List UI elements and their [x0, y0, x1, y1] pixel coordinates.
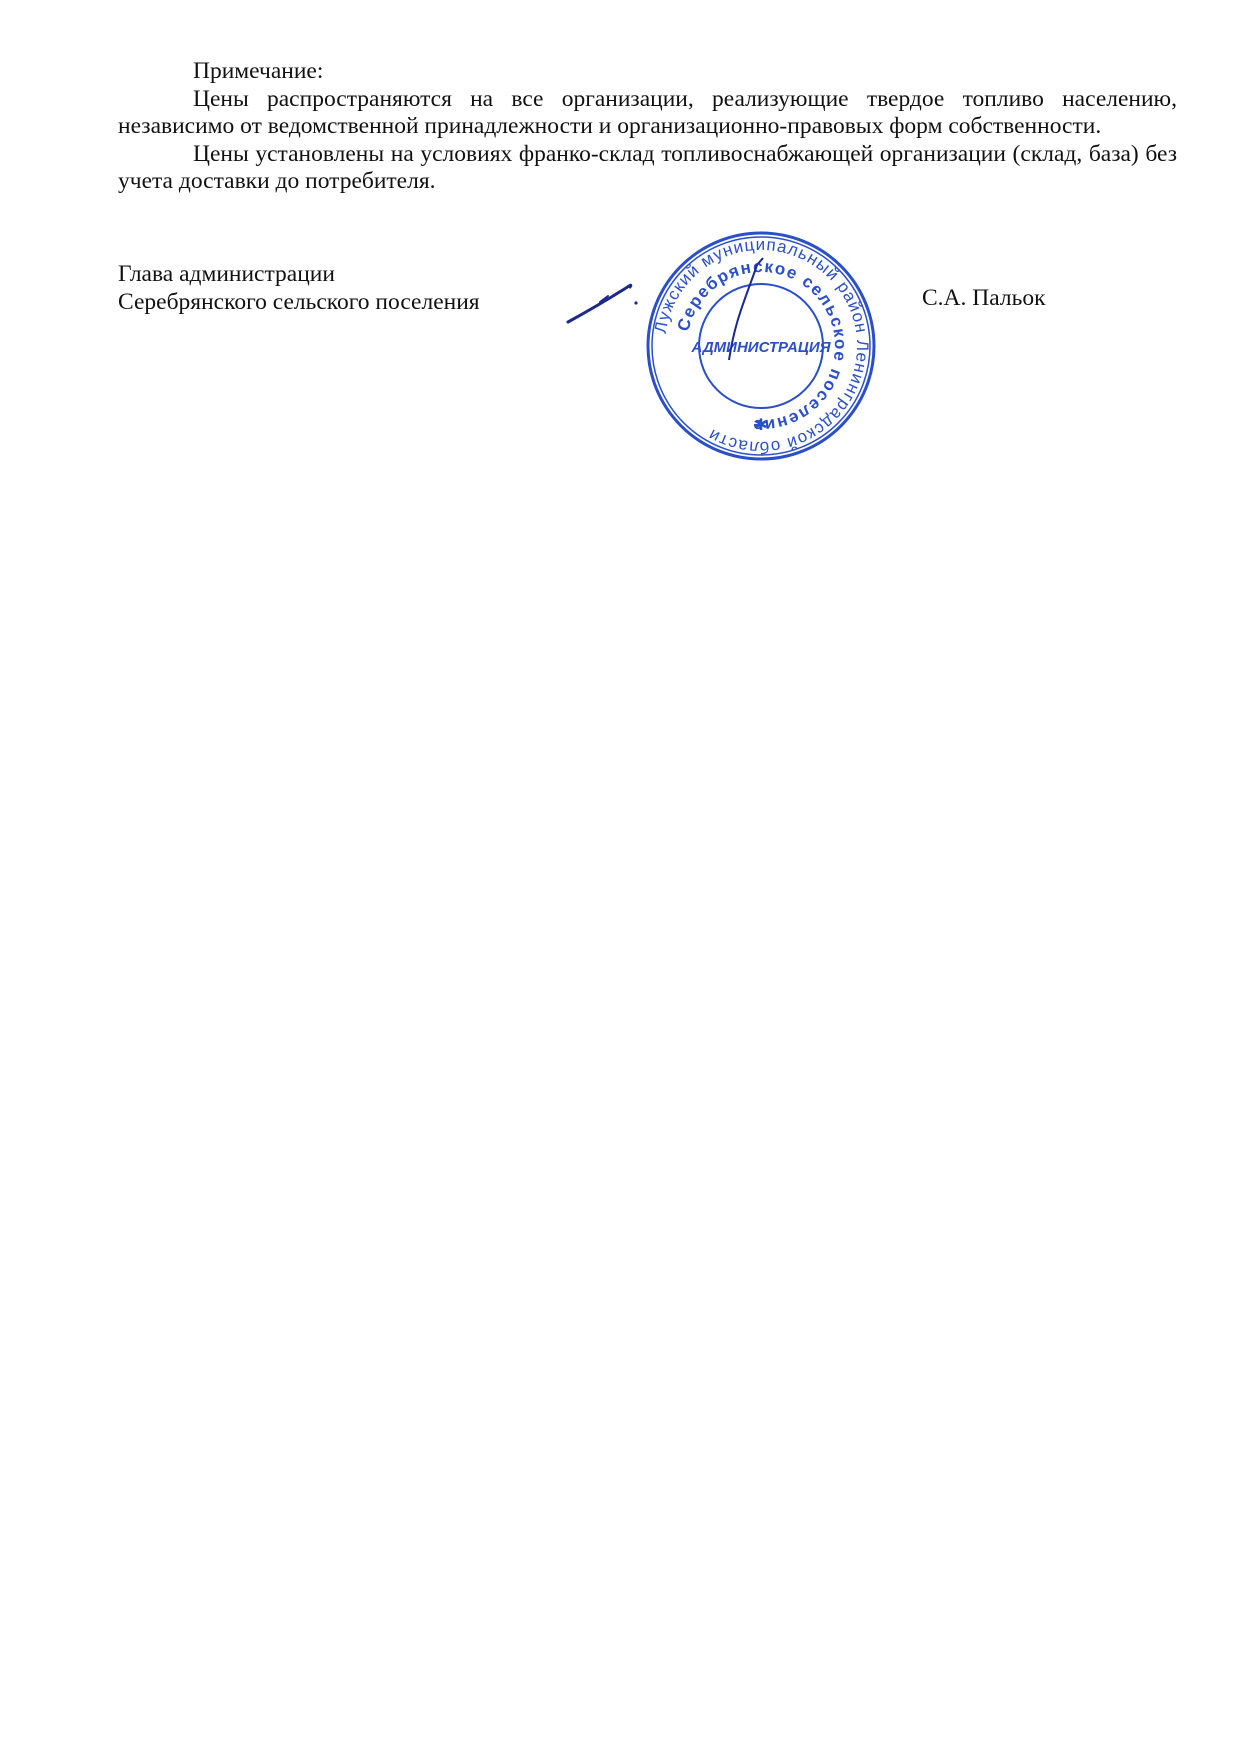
signatory-position: Глава администрации Серебрянского сельск… — [118, 260, 480, 316]
official-seal-icon: Лужский муниципальный район Ленинградско… — [645, 230, 877, 462]
note-section: Примечание: Цены распространяются на все… — [118, 58, 1177, 196]
stamp-center-text: АДМИНИСТРАЦИЯ — [690, 339, 831, 356]
document-page: Примечание: Цены распространяются на все… — [0, 0, 1240, 1754]
signer-name: С.А. Пальок — [922, 285, 1046, 312]
position-line-2: Серебрянского сельского поселения — [118, 288, 480, 316]
note-paragraph-prices-terms: Цены установлены на условиях франко-скла… — [118, 141, 1177, 196]
note-heading: Примечание: — [118, 58, 1177, 86]
note-paragraph-prices-scope: Цены распространяются на все организации… — [118, 86, 1177, 141]
svg-text:✱: ✱ — [754, 417, 767, 434]
position-line-1: Глава администрации — [118, 260, 480, 288]
